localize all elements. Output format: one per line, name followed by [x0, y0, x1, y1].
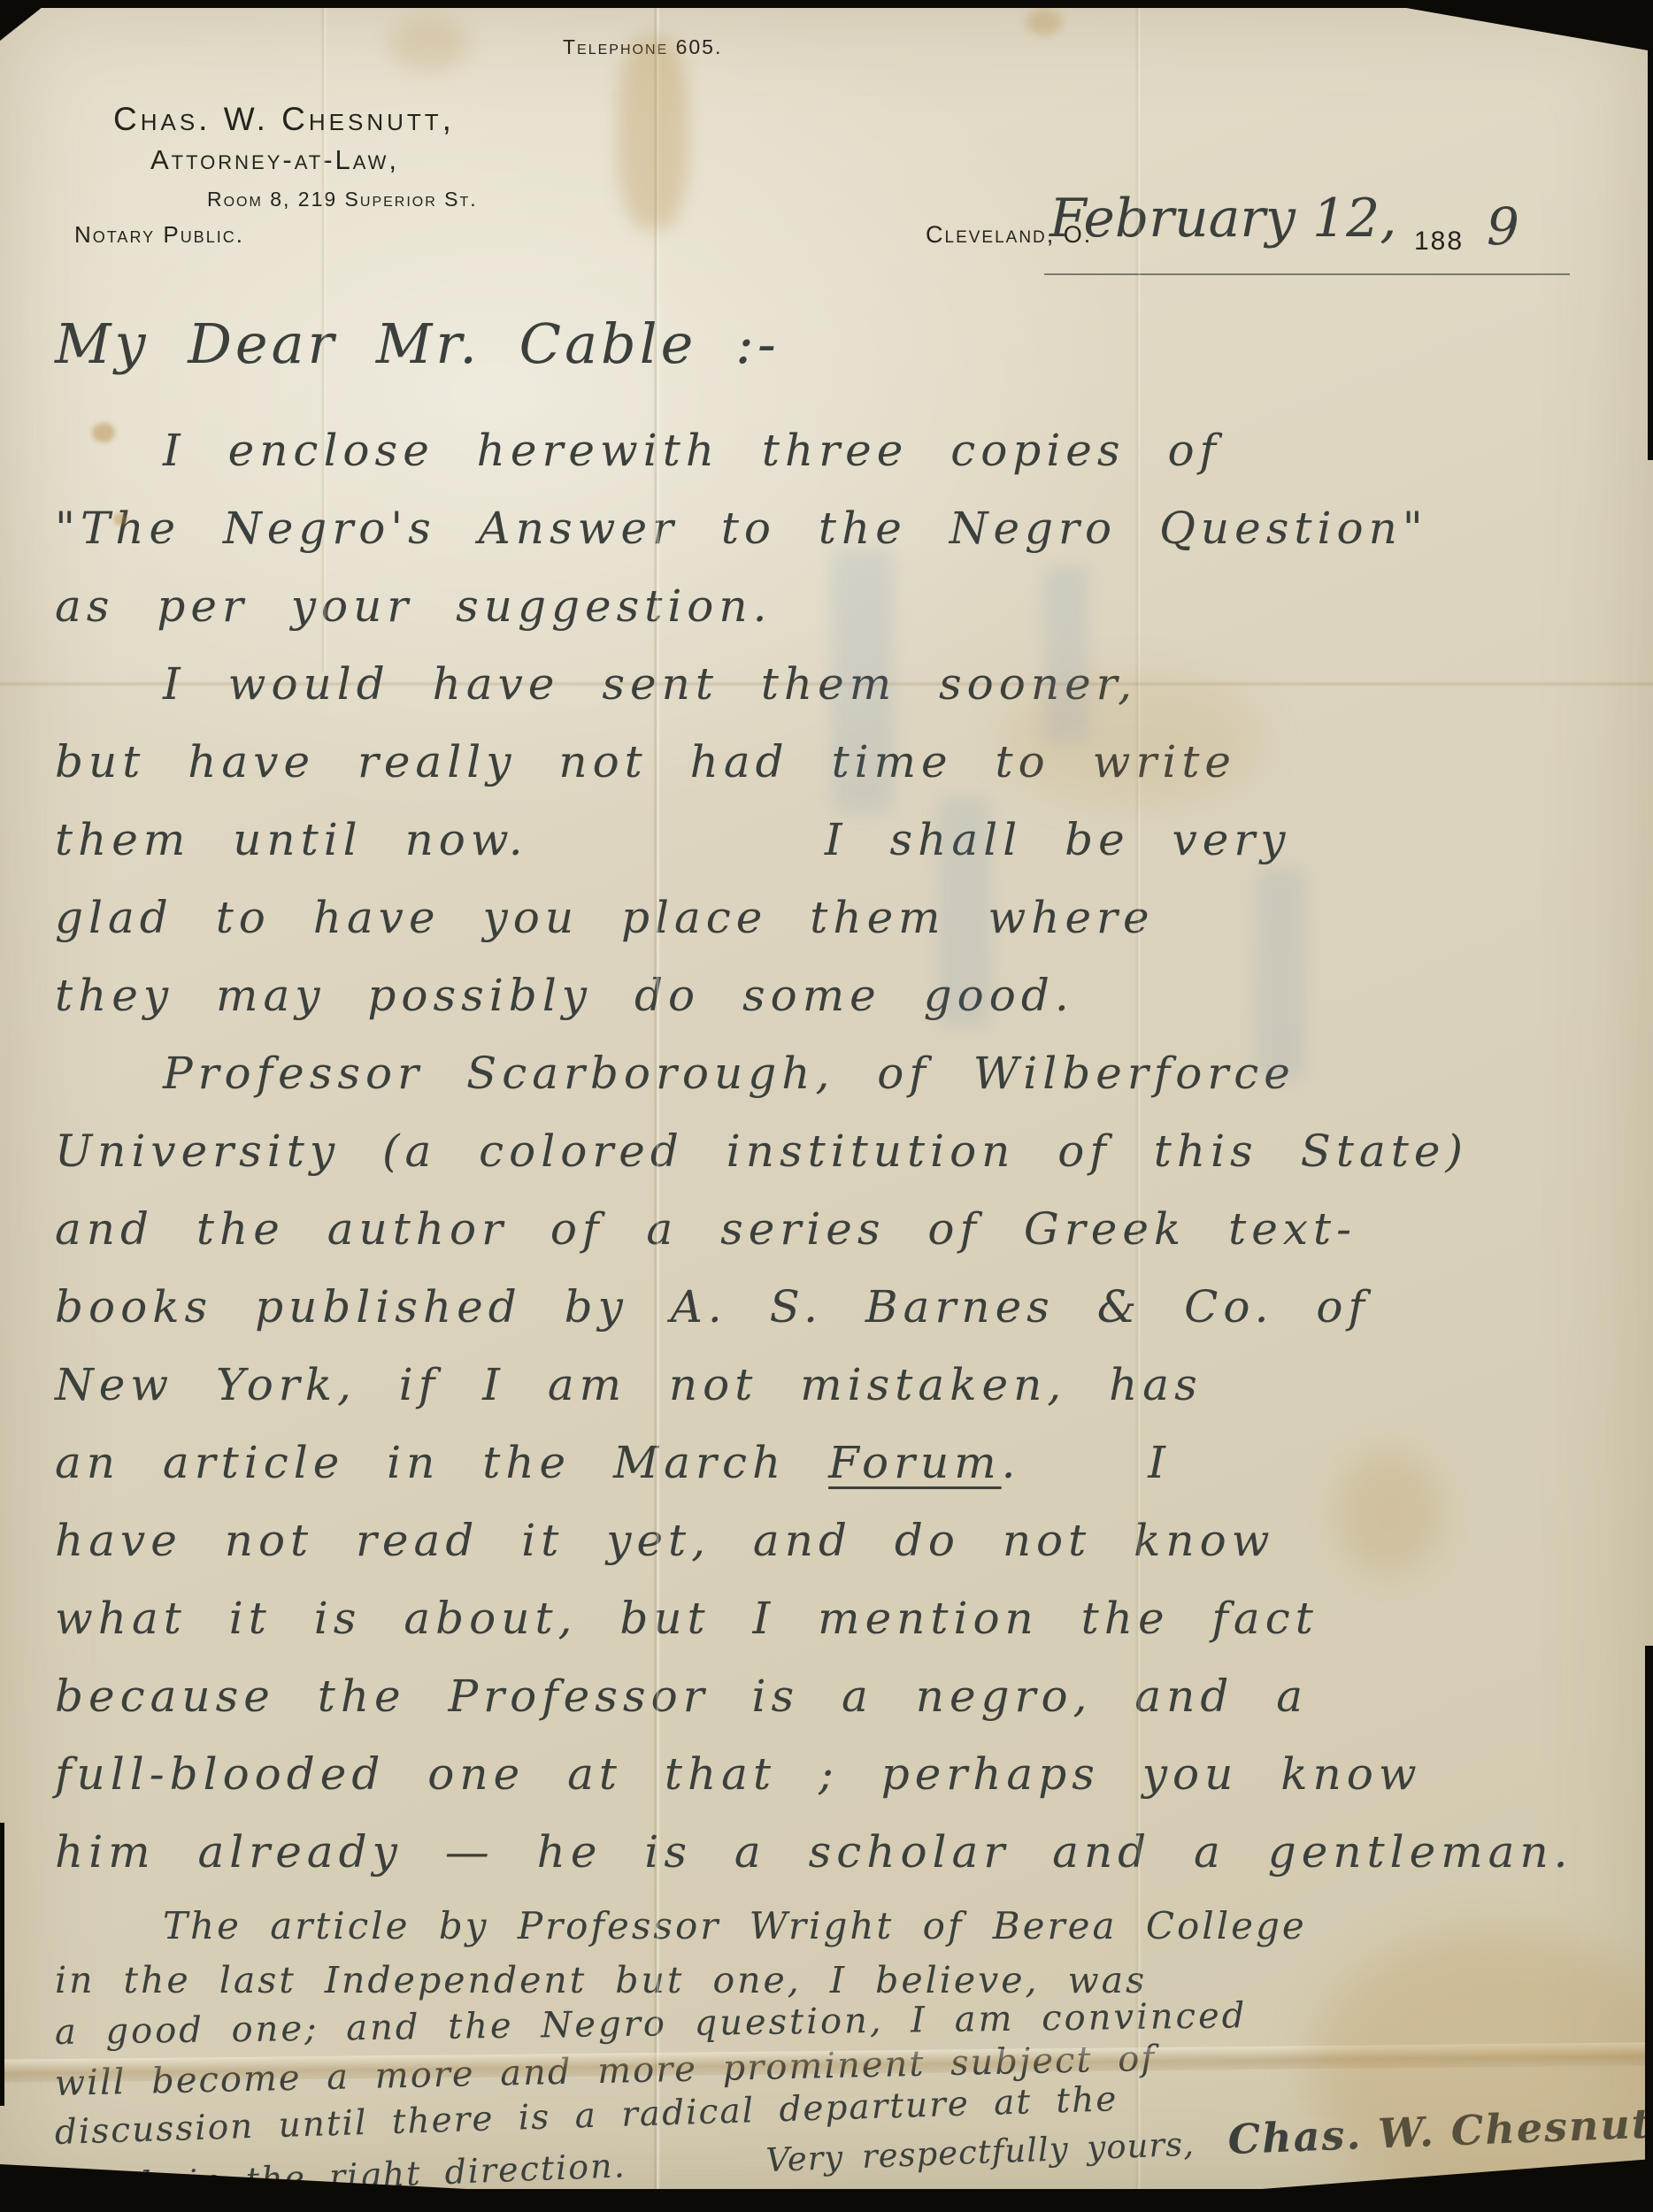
letterhead-notary: Notary Public.: [74, 221, 244, 249]
letter-line: glad to have you place them where: [55, 892, 1612, 970]
page-edge: [0, 1823, 4, 2106]
letter-line: The article by Professor Wright of Berea…: [55, 1904, 1612, 1959]
stain: [1026, 9, 1062, 35]
letterhead-address: Room 8, 219 Superior St.: [207, 188, 478, 211]
letter-line: full-blooded one at that ; perhaps you k…: [55, 1748, 1612, 1826]
letter-line: "The Negro's Answer to the Negro Questio…: [55, 503, 1612, 580]
letterhead-name: Chas. W. Chesnutt,: [113, 101, 455, 138]
line-text: an article in the March: [55, 1437, 828, 1488]
scanned-letter-page: { "letterhead": { "telephone": "Telephon…: [0, 0, 1653, 2212]
letter-line: New York, if I am not mistaken, has: [55, 1359, 1612, 1437]
closing-phrase: Very respectfully yours,: [765, 2125, 1196, 2180]
salutation: My Dear Mr. Cable :-: [55, 311, 1612, 425]
letter-line: Professor Scarborough, of Wilberforce: [55, 1048, 1612, 1125]
letter-line: I enclose herewith three copies of: [55, 425, 1612, 503]
handwritten-year-digit: 9: [1487, 196, 1519, 257]
line-text: . I: [1002, 1437, 1171, 1488]
page-edge: [1648, 0, 1653, 460]
letter-line: what it is about, but I mention the fact: [55, 1593, 1612, 1671]
letterhead-year-printed: 188: [1414, 227, 1464, 257]
letter-line: and the author of a series of Greek text…: [55, 1203, 1612, 1281]
letter-line: they may possibly do some good.: [55, 970, 1612, 1048]
letter-line: because the Professor is a negro, and a: [55, 1671, 1612, 1748]
handwritten-date: February 12,: [1049, 188, 1396, 250]
letterhead-telephone: Telephone 605.: [563, 35, 722, 59]
date-rule-line: [1044, 273, 1570, 275]
page-edge: [1645, 1646, 1653, 2212]
stain: [618, 35, 688, 230]
letter-line: as per your suggestion.: [55, 580, 1612, 658]
letter-line: but have really not had time to write: [55, 736, 1612, 814]
letter-line: them until now. I shall be very: [55, 814, 1612, 892]
letter-line: him already — he is a scholar and a gent…: [55, 1826, 1612, 1904]
letter-paper: Telephone 605. Chas. W. Chesnutt, Attorn…: [0, 0, 1653, 2191]
underlined-word-forum: Forum: [828, 1437, 1002, 1488]
letter-line: have not read it yet, and do not know: [55, 1515, 1612, 1593]
letterhead-title: Attorney-at-Law,: [150, 144, 399, 176]
letter-line-with-underline: an article in the March Forum. I: [55, 1437, 1612, 1515]
stain: [389, 18, 469, 71]
letter-body: My Dear Mr. Cable :- I enclose herewith …: [55, 311, 1612, 2210]
letter-line: books published by A. S. Barnes & Co. of: [55, 1281, 1612, 1359]
letter-line: I would have sent them sooner,: [55, 658, 1612, 736]
letter-line: University (a colored institution of thi…: [55, 1125, 1612, 1203]
